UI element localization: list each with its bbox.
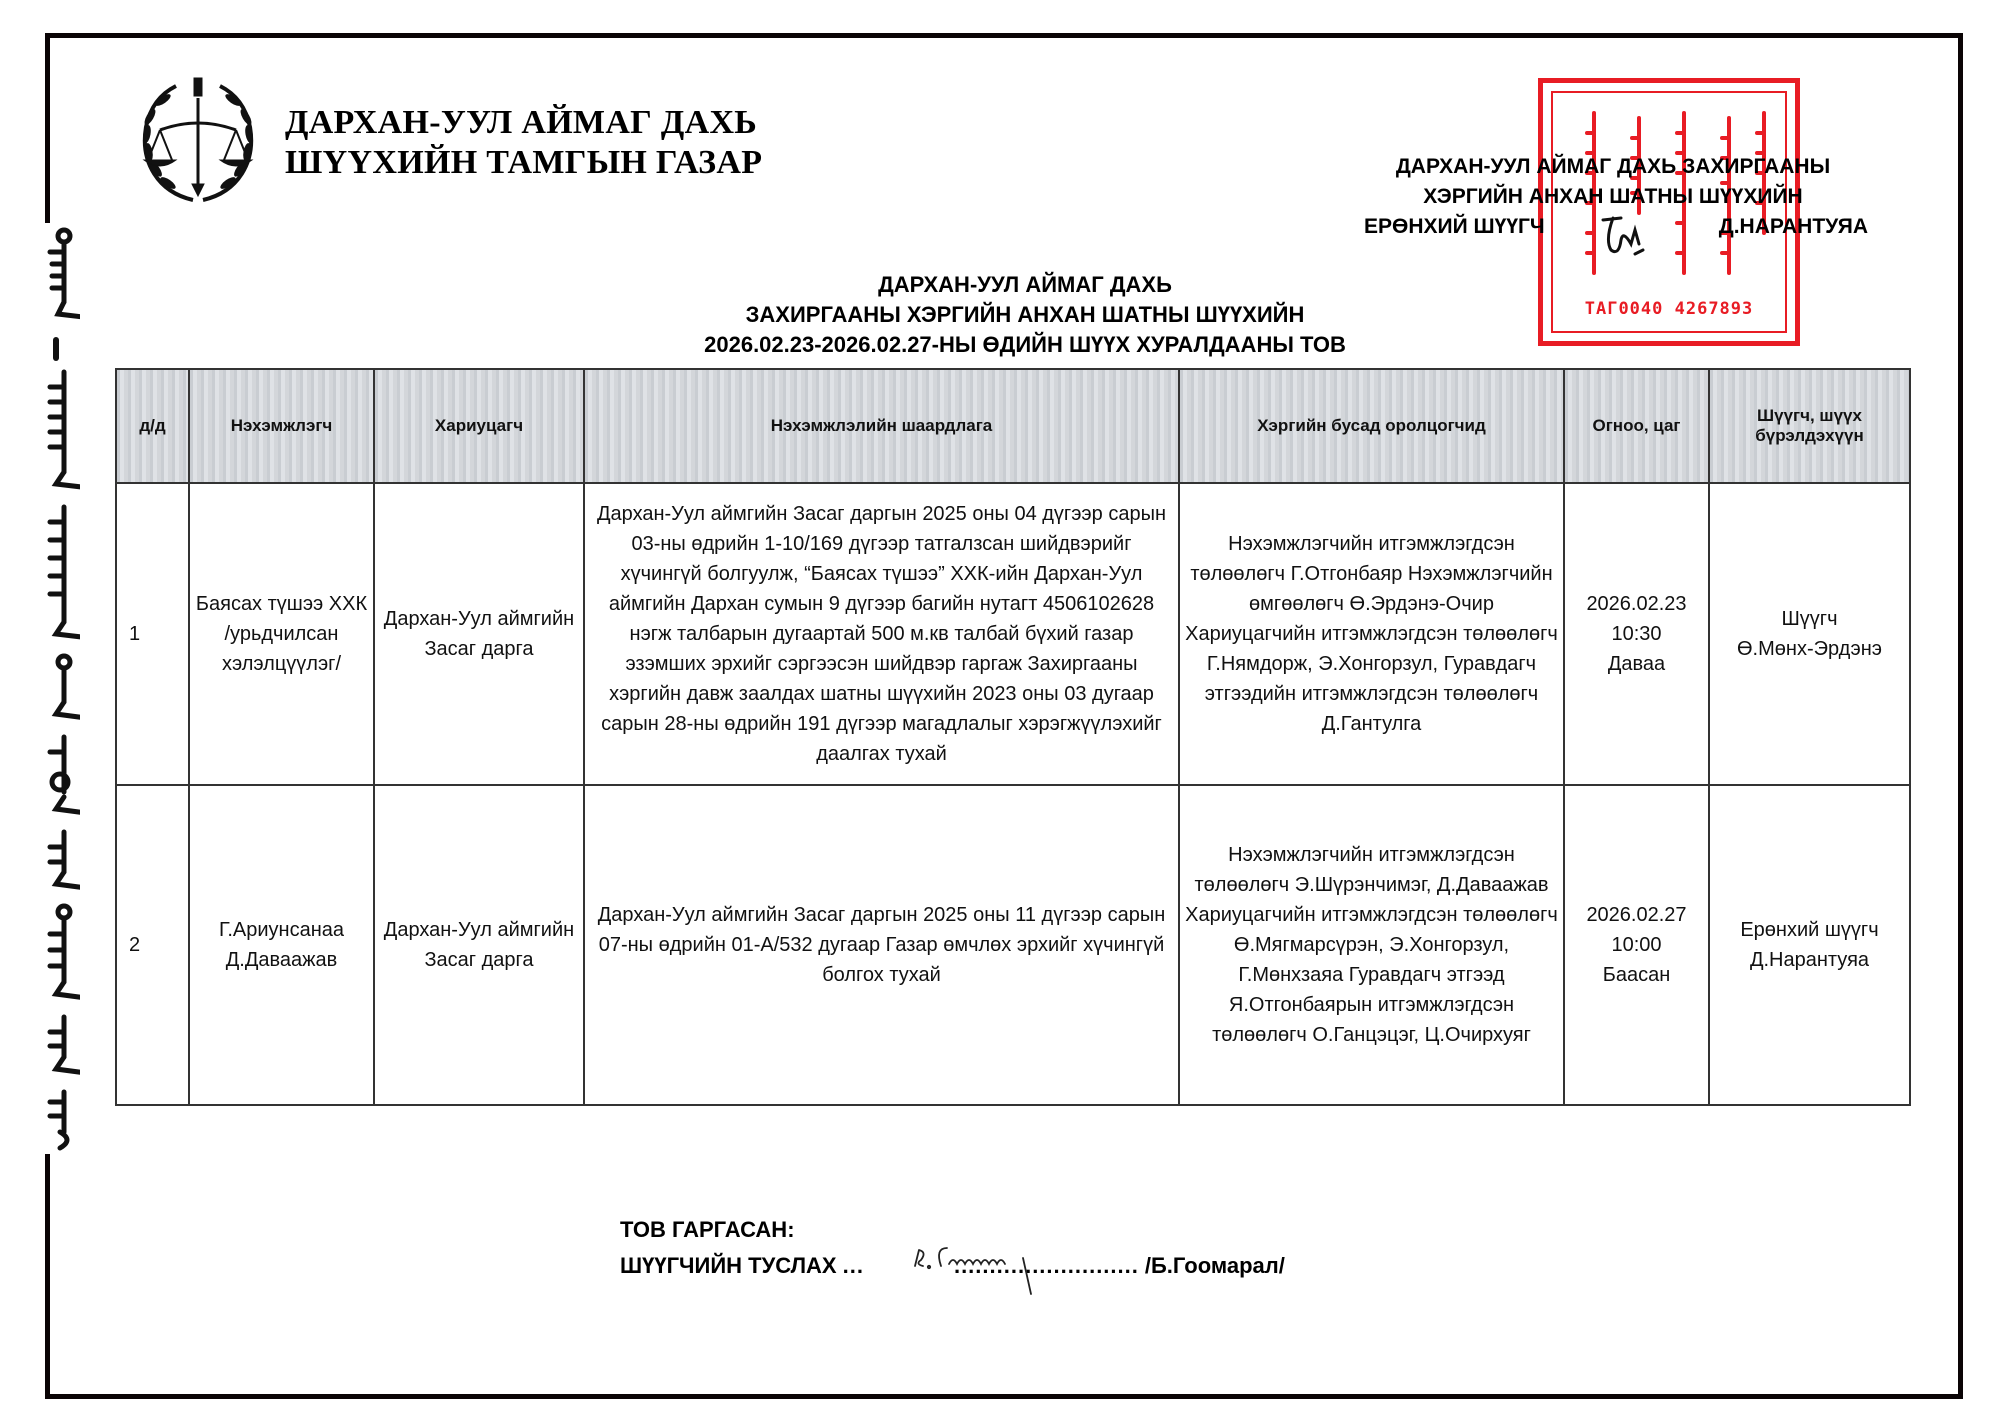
approval-line2: ХЭРГИЙН АНХАН ШАТНЫ ШҮҮХИЙН bbox=[1358, 182, 1868, 212]
cell-plaintiff: Баясах түшээ ХХК /урьдчилсан хэлэлцүүлэг… bbox=[189, 483, 374, 785]
table-row: 2 Г.Ариунсанаа Д.Даваажав Дархан-Уул айм… bbox=[116, 785, 1910, 1105]
heading-line2: ЗАХИРГААНЫ ХЭРГИЙН АНХАН ШАТНЫ ШҮҮХИЙН bbox=[560, 300, 1490, 330]
hearing-time: 10:00 bbox=[1569, 930, 1704, 960]
cell-date-time: 2026.02.27 10:00 Баасан bbox=[1564, 785, 1709, 1105]
assistant-name: /Б.Гоомарал/ bbox=[1145, 1248, 1285, 1284]
header-participants: Хэргийн бусад оролцогчид bbox=[1179, 369, 1564, 483]
hearing-time: 10:30 bbox=[1569, 619, 1704, 649]
page-frame-bottom bbox=[45, 1394, 1963, 1399]
table-row: 1 Баясах түшээ ХХК /урьдчилсан хэлэлцүүл… bbox=[116, 483, 1910, 785]
cell-plaintiff: Г.Ариунсанаа Д.Даваажав bbox=[189, 785, 374, 1105]
hearing-date: 2026.02.27 bbox=[1569, 900, 1704, 930]
heading-line1: ДАРХАН-УУЛ АЙМАГ ДАХЬ bbox=[560, 270, 1490, 300]
table-header-row: д/д Нэхэмжлэгч Хариуцагч Нэхэмжлэлийн ша… bbox=[116, 369, 1910, 483]
hearing-weekday: Баасан bbox=[1569, 960, 1704, 990]
page-frame-left-upper bbox=[45, 33, 50, 223]
cell-defendant: Дархан-Уул аймгийн Засаг дарга bbox=[374, 785, 584, 1105]
court-emblem-icon bbox=[138, 72, 258, 207]
approval-name: Д.НАРАНТУЯА bbox=[1719, 212, 1868, 242]
cell-participants: Нэхэмжлэгчийн итгэмжлэгдсэн төлөөлөгч Э.… bbox=[1179, 785, 1564, 1105]
cell-claim: Дархан-Уул аймгийн Засаг даргын 2025 оны… bbox=[584, 785, 1179, 1105]
institution-title-line2: ШҮҮХИЙН ТАМГЫН ГАЗАР bbox=[285, 143, 762, 183]
cell-number: 2 bbox=[116, 785, 189, 1105]
cell-claim: Дархан-Уул аймгийн Засаг даргын 2025 оны… bbox=[584, 483, 1179, 785]
page-frame-top bbox=[45, 33, 1963, 38]
heading-line3: 2026.02.23-2026.02.27-НЫ ӨДИЙН ШҮҮХ ХУРА… bbox=[560, 330, 1490, 360]
mongolian-script-icon bbox=[20, 222, 80, 1152]
header-number: д/д bbox=[116, 369, 189, 483]
hearing-date: 2026.02.23 bbox=[1569, 589, 1704, 619]
judge-name: Д.Нарантуяа bbox=[1714, 945, 1905, 975]
assistant-label: ШҮҮГЧИЙН ТУСЛАХ bbox=[620, 1248, 837, 1284]
cell-judge: Ерөнхий шүүгч Д.Нарантуяа bbox=[1709, 785, 1910, 1105]
institution-title: ДАРХАН-УУЛ АЙМАГ ДАХЬ ШҮҮХИЙН ТАМГЫН ГАЗ… bbox=[285, 103, 762, 183]
institution-title-line1: ДАРХАН-УУЛ АЙМАГ ДАХЬ bbox=[285, 103, 762, 143]
cell-date-time: 2026.02.23 10:30 Даваа bbox=[1564, 483, 1709, 785]
judge-role: Ерөнхий шүүгч bbox=[1714, 915, 1905, 945]
approval-role: ЕРӨНХИЙ ШҮҮГЧ bbox=[1364, 212, 1545, 242]
hearing-schedule-table: д/д Нэхэмжлэгч Хариуцагч Нэхэмжлэлийн ша… bbox=[115, 368, 1911, 1106]
page-frame-right bbox=[1958, 33, 1963, 1399]
document-heading: ДАРХАН-УУЛ АЙМАГ ДАХЬ ЗАХИРГААНЫ ХЭРГИЙН… bbox=[560, 270, 1490, 360]
header-plaintiff: Нэхэмжлэгч bbox=[189, 369, 374, 483]
hearing-weekday: Даваа bbox=[1569, 649, 1704, 679]
stamp-code: ТАГ0040 4267893 bbox=[1543, 299, 1795, 319]
header-claim: Нэхэмжлэлийн шаардлага bbox=[584, 369, 1179, 483]
cell-defendant: Дархан-Уул аймгийн Засаг дарга bbox=[374, 483, 584, 785]
approval-line1: ДАРХАН-УУЛ АЙМАГ ДАХЬ ЗАХИРГААНЫ bbox=[1358, 152, 1868, 182]
header-date-time: Огноо, цаг bbox=[1564, 369, 1709, 483]
assistant-signature-icon bbox=[905, 1238, 1095, 1298]
page-frame-left-lower bbox=[45, 1154, 50, 1399]
judge-name: Ө.Мөнх-Эрдэнэ bbox=[1714, 634, 1905, 664]
cell-judge: Шүүгч Ө.Мөнх-Эрдэнэ bbox=[1709, 483, 1910, 785]
cell-participants: Нэхэмжлэгчийн итгэмжлэгдсэн төлөөлөгч Г.… bbox=[1179, 483, 1564, 785]
judge-role: Шүүгч bbox=[1714, 604, 1905, 634]
header-defendant: Хариуцагч bbox=[374, 369, 584, 483]
chief-judge-signature-icon bbox=[1595, 210, 1655, 260]
header-judge: Шүүгч, шүүх бүрэлдэхүүн bbox=[1709, 369, 1910, 483]
cell-number: 1 bbox=[116, 483, 189, 785]
